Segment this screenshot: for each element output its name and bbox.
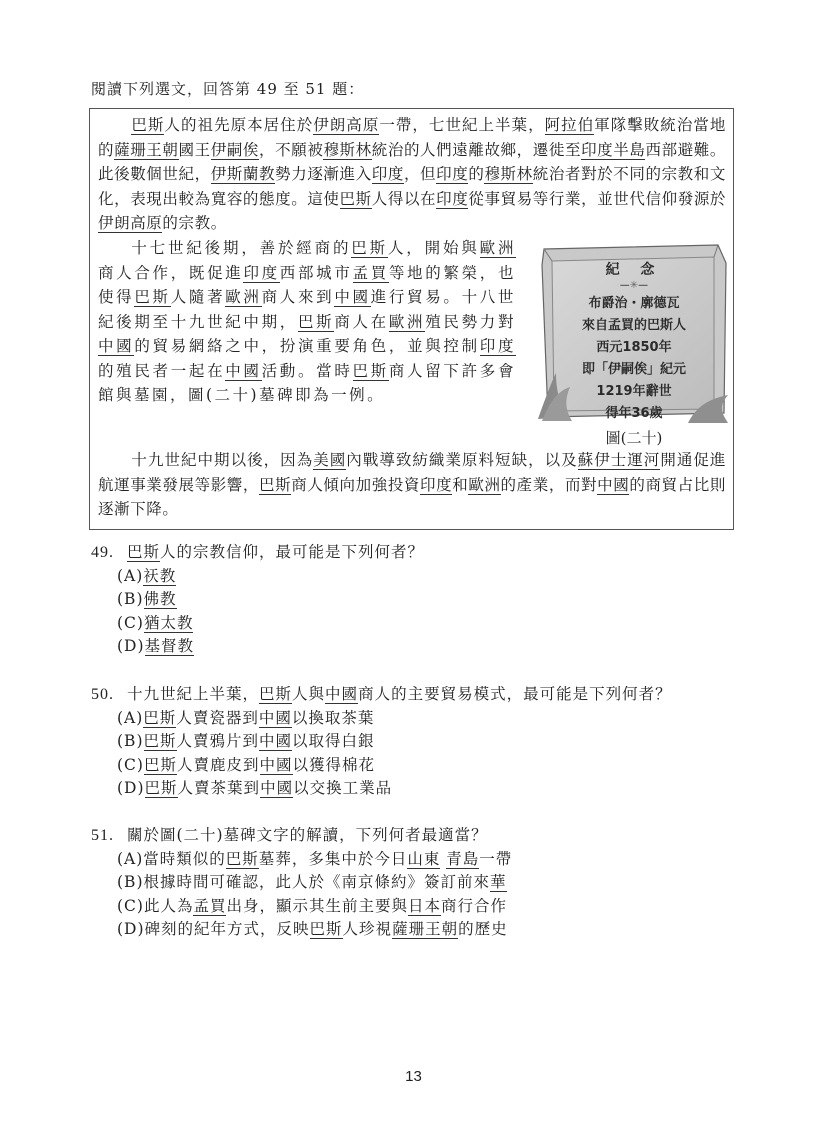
- proper-noun: 中國: [325, 685, 358, 704]
- text-run: 人的宗教信仰，最可能是下列何者？: [160, 543, 424, 561]
- option-c: (C)此人為孟買出身，顯示其生前主要與日本商行合作: [91, 895, 512, 919]
- proper-noun: 印度: [372, 165, 404, 184]
- proper-noun: 穆斯林: [484, 165, 532, 184]
- proper-noun: 巴斯: [310, 920, 343, 939]
- inscription-line: 布爵治・廓德瓦: [554, 293, 714, 315]
- text-run: 人隨著: [171, 288, 226, 306]
- option-a: (A)巴斯人賣瓷器到中國以換取茶葉: [91, 707, 672, 731]
- text-run: 十九世紀上半葉，: [127, 685, 259, 703]
- option-c: (C)巴斯人賣鹿皮到中國以獲得棉花: [91, 754, 672, 778]
- text-run: 國王: [179, 141, 211, 159]
- proper-noun: 巴斯: [226, 850, 259, 869]
- text-run: 內戰導致紡織業原料短缺，以及: [346, 451, 577, 469]
- question-51: 51.關於圖(二十)墓碑文字的解讀，下列何者最適當？ (A)當時類似的巴斯墓葬，…: [91, 824, 512, 942]
- text-run: (B): [117, 590, 144, 608]
- option-a: (A)當時類似的巴斯墓葬，多集中於今日山東 青島一帶: [91, 848, 512, 872]
- proper-noun: 日本: [408, 897, 441, 916]
- text-run: 統治的人們遠離故鄉，遷徙至: [372, 141, 581, 159]
- proper-noun: 巴斯: [134, 288, 170, 307]
- inscription-line: 1219年辭世: [554, 381, 714, 403]
- proper-noun: 猶太教: [144, 614, 194, 633]
- question-number: 50.: [91, 683, 127, 707]
- text-run: 人賣鴉片到: [177, 732, 260, 750]
- text-run: (A): [117, 567, 143, 585]
- ornament-icon: —✳—: [554, 281, 714, 291]
- text-run: 勢力逐漸進入: [275, 165, 372, 183]
- text-run: 人，開始與: [388, 239, 480, 257]
- tombstone-inscription: 紀 念 —✳— 布爵治・廓德瓦 來自孟買的巴斯人 西元1850年 即「伊嗣俟」紀…: [554, 259, 714, 425]
- proper-noun: 中國: [597, 476, 629, 495]
- text-run: 的貿易網絡之中，扮演重要角色，並與控制: [134, 337, 479, 355]
- text-run: 人珍視: [343, 920, 393, 938]
- proper-noun: 蘇伊士運河: [578, 451, 661, 470]
- inscription-line: 得年36歲: [554, 403, 714, 425]
- proper-noun: 美國: [313, 451, 346, 470]
- question-stem: 關於圖(二十)墓碑文字的解讀，下列何者最適當？: [127, 826, 488, 844]
- proper-noun: 基督教: [145, 637, 195, 656]
- question-stem: 巴斯人的宗教信仰，最可能是下列何者？: [127, 543, 424, 562]
- proper-noun: 歐洲: [389, 313, 425, 332]
- proper-noun: 歐洲: [480, 239, 516, 258]
- text-run: (A)當時類似的: [117, 850, 226, 868]
- option-d: (D)巴斯人賣茶葉到中國以交換工業品: [91, 777, 672, 801]
- proper-noun: 中國: [225, 362, 261, 381]
- text-run: 以獲得棉花: [293, 756, 376, 774]
- text-run: 人賣瓷器到: [176, 709, 259, 727]
- text-run: 商人來到: [262, 288, 335, 306]
- proper-noun: 伊朗高原: [313, 116, 379, 135]
- reading-instruction: 閱讀下列選文，回答第 49 至 51 題：: [91, 78, 364, 99]
- proper-noun: 穆斯林: [323, 141, 371, 160]
- proper-noun: 印度半島: [581, 141, 645, 160]
- text-run: 的產業，而對: [501, 476, 598, 494]
- proper-noun: 巴斯: [131, 116, 164, 135]
- text-run: ，不願被: [259, 141, 323, 159]
- figure-caption: 圖(二十): [538, 427, 730, 448]
- proper-noun: 巴斯: [351, 239, 388, 258]
- proper-noun: 伊朗高原: [98, 214, 162, 233]
- page-number: 13: [0, 1068, 827, 1085]
- proper-noun: 巴斯: [298, 313, 334, 332]
- text-run: (B)根據時間可確認，此人於《南京條約》簽訂前來: [117, 873, 490, 891]
- text-run: 活動。當時: [262, 362, 353, 380]
- text-run: (A): [117, 709, 143, 727]
- text-run: 一帶，七世紀上半葉，: [379, 116, 544, 134]
- proper-noun: 中國: [334, 288, 370, 307]
- proper-noun: 青島: [446, 850, 479, 869]
- proper-noun: 巴斯: [259, 476, 291, 495]
- text-run: 的宗教。: [162, 214, 226, 232]
- text-run: (C): [117, 614, 144, 632]
- proper-noun: 華: [490, 873, 507, 892]
- proper-noun: 中國: [98, 337, 134, 356]
- option-b: (B)根據時間可確認，此人於《南京條約》簽訂前來華: [91, 871, 512, 895]
- question-50: 50.十九世紀上半葉，巴斯人與中國商人的主要貿易模式，最可能是下列何者？ (A)…: [91, 683, 672, 801]
- text-run: 十七世紀後期，善於經商的: [131, 239, 351, 257]
- proper-noun: 巴斯: [340, 190, 372, 209]
- text-run: 人的祖先原本居住於: [164, 116, 313, 134]
- proper-noun: 中國: [259, 732, 292, 751]
- passage-paragraph-2: 十七世紀後期，善於經商的巴斯人，開始與歐洲商人合作，既促進印度西部城市孟買等地的…: [98, 236, 516, 408]
- proper-noun: 薩珊王朝: [114, 141, 178, 160]
- question-stem: 十九世紀上半葉，巴斯人與中國商人的主要貿易模式，最可能是下列何者？: [127, 685, 672, 704]
- text-run: 墓葬，多集中於今日: [259, 850, 408, 868]
- proper-noun: 印度: [436, 190, 468, 209]
- proper-noun: 中國: [260, 756, 293, 775]
- text-run: 關於圖(二十)墓碑文字的解讀，下列何者最適當？: [127, 826, 488, 844]
- proper-noun: 伊斯蘭教: [211, 165, 275, 184]
- text-run: 以取得白銀: [292, 732, 375, 750]
- proper-noun: 印度: [243, 264, 279, 283]
- option-a: (A)祆教: [91, 565, 424, 589]
- proper-noun: 印度: [420, 476, 452, 495]
- inscription-line: 來自孟買的巴斯人: [554, 315, 714, 337]
- option-b: (B)巴斯人賣鴉片到中國以取得白銀: [91, 730, 672, 754]
- proper-noun: 中國: [260, 779, 293, 798]
- text-run: 商人的主要貿易模式，最可能是下列何者？: [358, 685, 672, 703]
- proper-noun: 巴斯: [353, 362, 389, 381]
- passage-box: 巴斯人的祖先原本居住於伊朗高原一帶，七世紀上半葉，阿拉伯軍隊擊敗統治當地的薩珊王…: [89, 108, 734, 530]
- option-b: (B)佛教: [91, 588, 424, 612]
- text-run: (D): [117, 637, 145, 655]
- option-c: (C)猶太教: [91, 612, 424, 636]
- text-run: 的殖民者一起在: [98, 362, 225, 380]
- text-run: 商人在: [334, 313, 389, 331]
- text-run: 和: [452, 476, 468, 494]
- text-run: 以交換工業品: [293, 779, 392, 797]
- proper-noun: 孟買: [193, 897, 226, 916]
- passage-paragraph-3: 十九世紀中期以後，因為美國內戰導致紡織業原料短缺，以及蘇伊士運河開通促進航運事業…: [98, 448, 726, 522]
- passage-paragraph-1: 巴斯人的祖先原本居住於伊朗高原一帶，七世紀上半葉，阿拉伯軍隊擊敗統治當地的薩珊王…: [98, 113, 726, 236]
- proper-noun: 歐洲: [225, 288, 261, 307]
- text-run: 人得以在: [372, 190, 436, 208]
- text-run: 以換取茶葉: [292, 709, 375, 727]
- text-run: 商人合作，既促進: [98, 264, 243, 282]
- proper-noun: 巴斯: [145, 779, 178, 798]
- question-number: 49.: [91, 541, 127, 565]
- text-run: 十九世紀中期以後，因為: [131, 451, 313, 469]
- inscription-line: 西元1850年: [554, 337, 714, 359]
- proper-noun: 巴斯: [127, 543, 160, 562]
- text-run: 人賣鹿皮到: [177, 756, 260, 774]
- option-d: (D)碑刻的紀年方式，反映巴斯人珍視薩珊王朝的歷史: [91, 918, 512, 942]
- proper-noun: 中國: [259, 709, 292, 728]
- proper-noun: 巴斯: [144, 732, 177, 751]
- proper-noun: 巴斯: [144, 756, 177, 775]
- proper-noun: 印度: [436, 165, 468, 184]
- inscription-title: 紀 念: [554, 259, 714, 279]
- question-49: 49.巴斯人的宗教信仰，最可能是下列何者？ (A)祆教 (B)佛教 (C)猶太教…: [91, 541, 424, 659]
- text-run: (D): [117, 779, 145, 797]
- proper-noun: 祆教: [143, 567, 176, 586]
- text-run: 出身，顯示其生前主要與: [226, 897, 408, 915]
- text-run: ，但: [404, 165, 436, 183]
- tombstone-figure: 紀 念 —✳— 布爵治・廓德瓦 來自孟買的巴斯人 西元1850年 即「伊嗣俟」紀…: [538, 241, 730, 451]
- option-d: (D)基督教: [91, 635, 424, 659]
- proper-noun: 薩珊王朝: [392, 920, 458, 939]
- text-run: 商行合作: [441, 897, 507, 915]
- text-run: (B): [117, 732, 144, 750]
- text-run: 的: [468, 165, 484, 183]
- inscription-line: 即「伊嗣俟」紀元: [554, 359, 714, 381]
- proper-noun: 阿拉伯: [545, 116, 595, 135]
- proper-noun: 山東: [407, 850, 440, 869]
- text-run: 人賣茶葉到: [178, 779, 261, 797]
- text-run: (C)此人為: [117, 897, 193, 915]
- text-run: (C): [117, 756, 144, 774]
- text-run: 人與: [292, 685, 325, 703]
- proper-noun: 佛教: [144, 590, 177, 609]
- text-run: 商人傾向加強投資: [291, 476, 420, 494]
- proper-noun: 孟買: [353, 264, 389, 283]
- question-number: 51.: [91, 824, 127, 848]
- text-run: (D)碑刻的紀年方式，反映: [117, 920, 310, 938]
- text-run: 從事貿易等行業，並世代信仰發源於: [468, 190, 726, 208]
- proper-noun: 巴斯: [259, 685, 292, 704]
- text-run: 西部城市: [280, 264, 353, 282]
- text-run: 殖民勢力對: [425, 313, 516, 331]
- proper-noun: 伊嗣俟: [211, 141, 259, 160]
- text-run: 的歷史: [458, 920, 508, 938]
- proper-noun: 巴斯: [143, 709, 176, 728]
- text-run: 一帶: [479, 850, 512, 868]
- proper-noun: 印度: [480, 337, 516, 356]
- proper-noun: 歐洲: [468, 476, 500, 495]
